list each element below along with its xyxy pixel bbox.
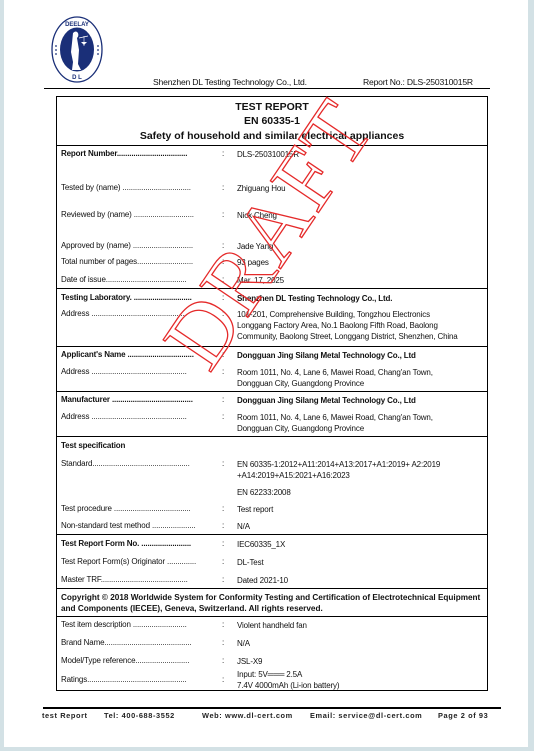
label-colon: : (222, 575, 224, 584)
divider (57, 436, 487, 437)
divider (57, 616, 487, 617)
title-line-1: TEST REPORT (57, 101, 487, 113)
label-colon: : (222, 656, 224, 665)
label-colon: : (222, 638, 224, 647)
divider (57, 346, 487, 347)
label-colon: : (222, 350, 224, 359)
footer-email: Email: service@dl-cert.com (310, 711, 422, 720)
copyright-notice: Copyright © 2018 Worldwide System for Co… (61, 592, 481, 614)
footer-page-number: Page 2 of 93 (438, 711, 488, 720)
report-page: DEELAY D L Shenzhen DL Testing Technolog… (4, 0, 528, 747)
footer-doc-type: test Report (42, 711, 88, 720)
title-line-3: Safety of household and similar electric… (57, 130, 487, 142)
label-colon: : (222, 183, 224, 192)
label-colon: : (222, 367, 224, 376)
label-colon: : (222, 275, 224, 284)
header-company: Shenzhen DL Testing Technology Co., Ltd. (153, 77, 307, 87)
label-colon: : (222, 241, 224, 250)
svg-text:DEELAY: DEELAY (65, 22, 89, 28)
footer-web: Web: www.dl-cert.com (202, 711, 293, 720)
svg-text:D L: D L (72, 75, 82, 81)
label-colon: : (222, 210, 224, 219)
divider (57, 391, 487, 392)
divider (57, 288, 487, 289)
footer-divider (43, 707, 501, 709)
label-colon: : (222, 459, 224, 468)
label-colon: : (222, 149, 224, 158)
footer-tel: Tel: 400-688-3552 (104, 711, 175, 720)
label-colon: : (222, 309, 224, 318)
deelay-logo: DEELAY D L (51, 16, 103, 83)
label-colon: : (222, 395, 224, 404)
divider (57, 588, 487, 589)
label-colon: : (222, 557, 224, 566)
label-colon: : (222, 504, 224, 513)
report-title: TEST REPORT EN 60335-1 Safety of househo… (57, 97, 487, 146)
report-summary-table: TEST REPORT EN 60335-1 Safety of househo… (56, 96, 488, 691)
title-line-2: EN 60335-1 (57, 115, 487, 127)
label-colon: : (222, 257, 224, 266)
label-colon: : (222, 620, 224, 629)
label-colon: : (222, 412, 224, 421)
header-report-number: Report No.: DLS-250310015R (363, 77, 473, 87)
label-colon: : (222, 293, 224, 302)
label-colon: : (222, 521, 224, 530)
divider (57, 534, 487, 535)
header-divider (44, 88, 490, 89)
label-colon: : (222, 675, 224, 684)
label-colon: : (222, 539, 224, 548)
